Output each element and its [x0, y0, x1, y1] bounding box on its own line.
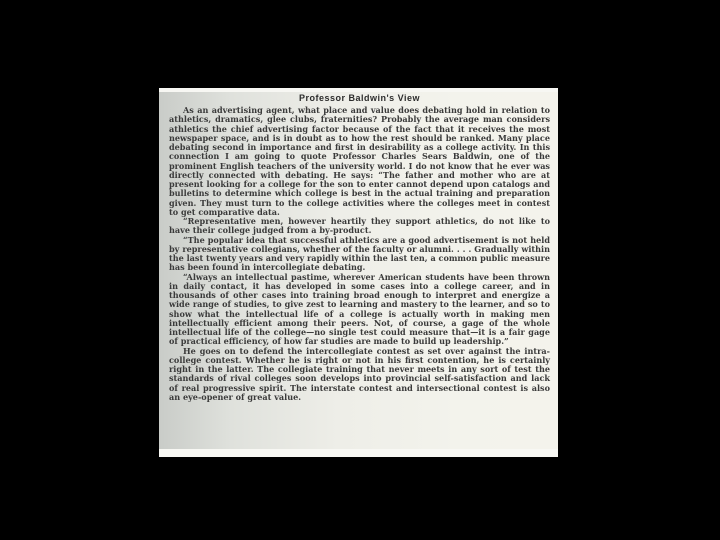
article-body: As an advertising agent, what place and … [169, 106, 550, 402]
paragraph-5: He goes on to defend the intercollegiate… [169, 347, 550, 403]
paragraph-3: “The popular idea that successful athlet… [169, 236, 550, 273]
slide-background: Professor Baldwin's View As an advertisi… [0, 0, 720, 540]
paragraph-1: As an advertising agent, what place and … [169, 106, 550, 217]
paragraph-2: “Representative men, however heartily th… [169, 217, 550, 236]
scanned-page: Professor Baldwin's View As an advertisi… [159, 88, 558, 457]
section-title: Professor Baldwin's View [169, 92, 550, 104]
paragraph-4: “Always an intellectual pastime, whereve… [169, 273, 550, 347]
